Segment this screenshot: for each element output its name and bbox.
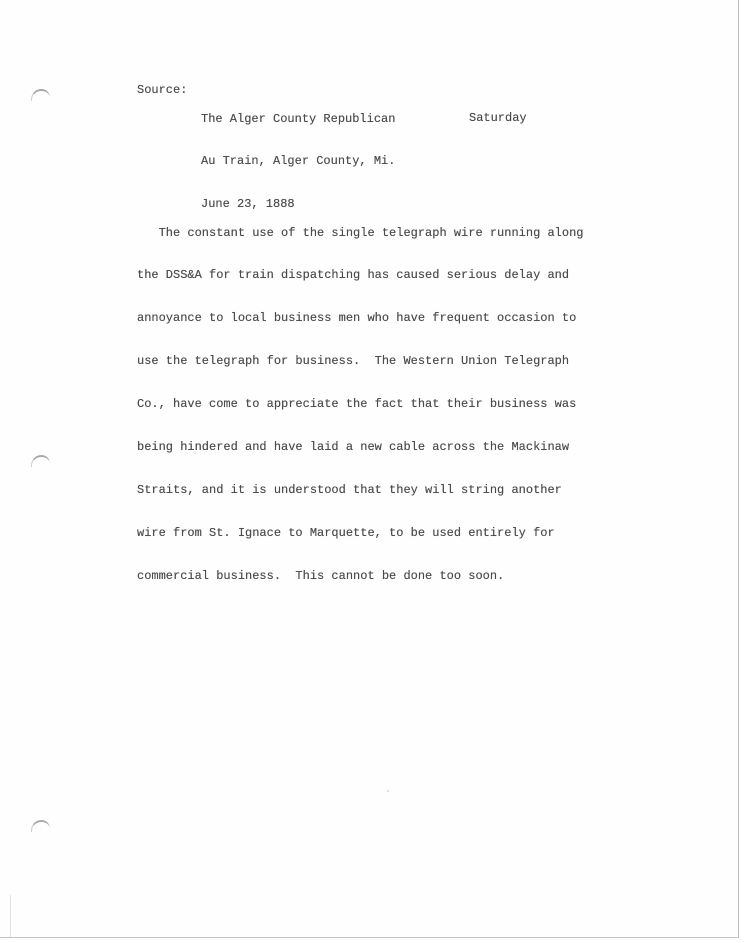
article-line: Co., have come to appreciate the fact th… xyxy=(137,397,583,411)
article-line: Straits, and it is understood that they … xyxy=(137,483,583,497)
newspaper-name: The Alger County Republican xyxy=(201,112,395,126)
punch-hole-mark-middle xyxy=(31,455,50,467)
article-line: commercial business. This cannot be done… xyxy=(137,569,583,583)
paper-speck xyxy=(387,790,389,792)
page-edge-line xyxy=(10,895,11,937)
newspaper-location: Au Train, Alger County, Mi. xyxy=(201,154,395,168)
punch-hole-mark-top xyxy=(31,89,50,101)
punch-hole-mark-bottom xyxy=(31,820,50,832)
article-body: The constant use of the single telegraph… xyxy=(137,197,583,612)
article-line: the DSS&A for train dispatching has caus… xyxy=(137,268,583,282)
source-label: Source: xyxy=(137,83,187,97)
article-line: wire from St. Ignace to Marquette, to be… xyxy=(137,526,583,540)
article-line: use the telegraph for business. The West… xyxy=(137,354,583,368)
publication-day: Saturday xyxy=(469,111,527,125)
article-line: The constant use of the single telegraph… xyxy=(137,226,583,240)
document-page: Source: The Alger County Republican Au T… xyxy=(0,0,739,938)
article-line: being hindered and have laid a new cable… xyxy=(137,440,583,454)
article-line: annoyance to local business men who have… xyxy=(137,311,583,325)
